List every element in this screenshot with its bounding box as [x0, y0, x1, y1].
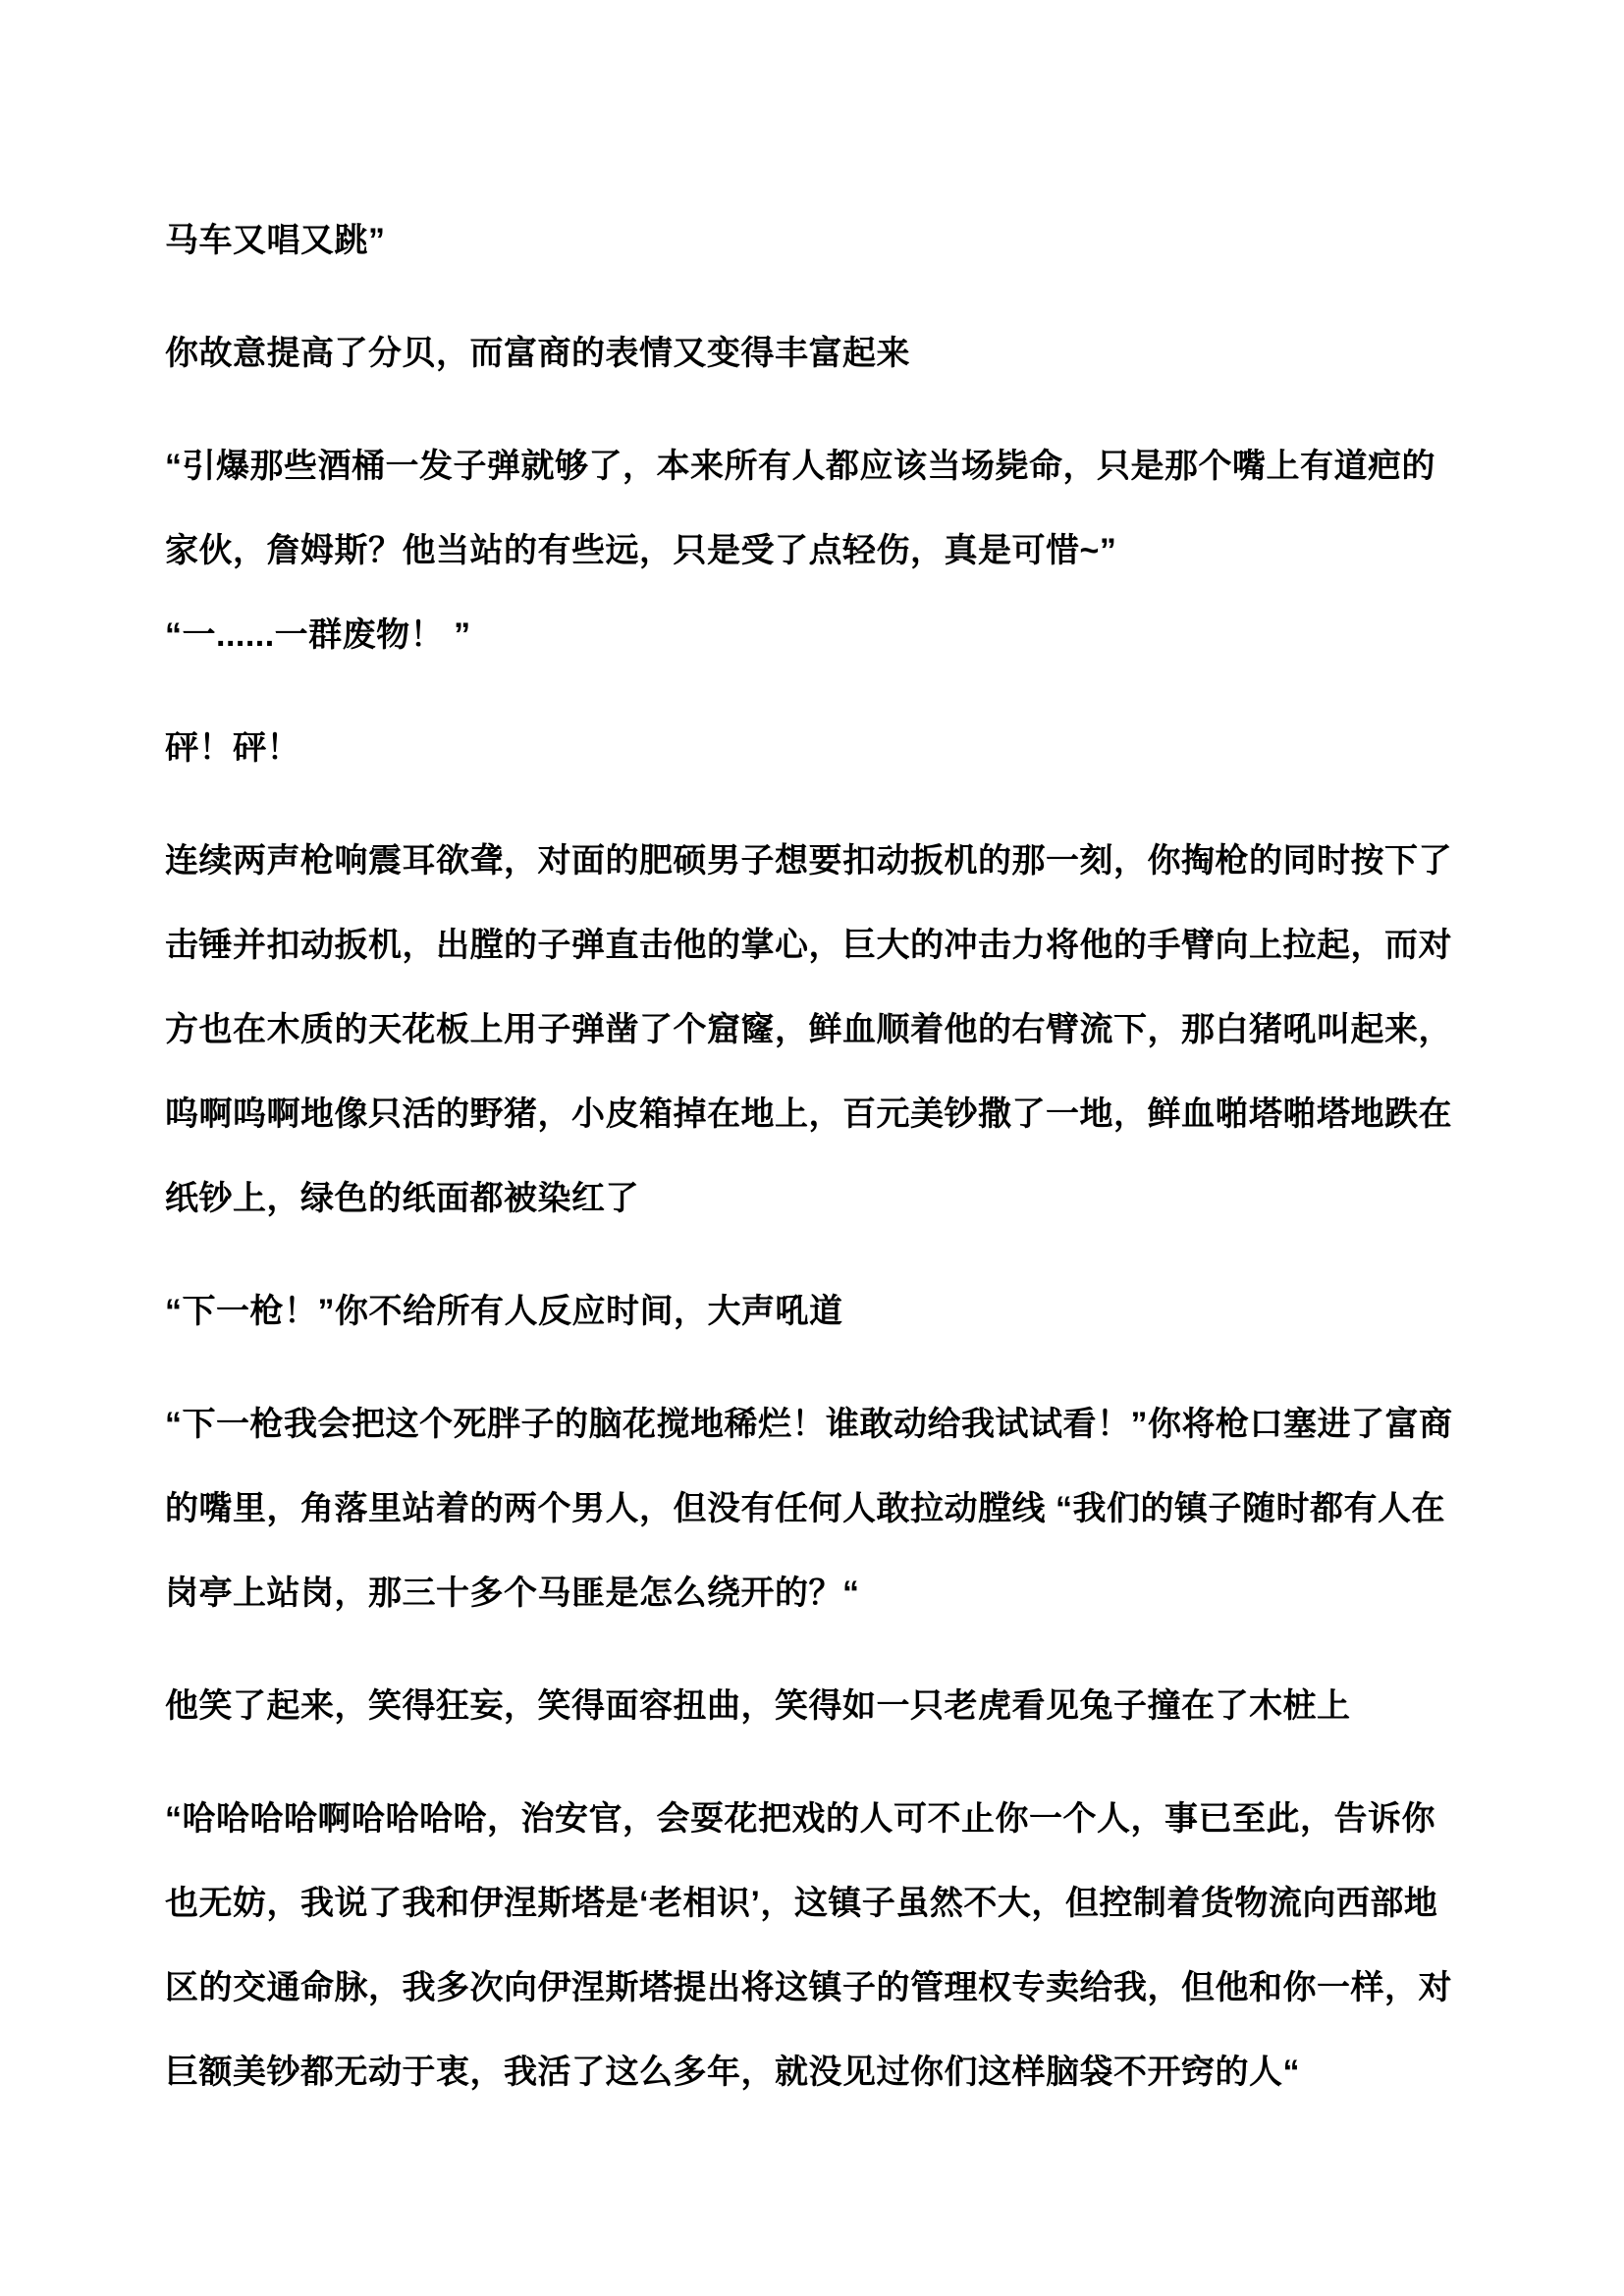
text-line: “下一枪我会把这个死胖子的脑花搅地稀烂！谁敢动给我试试看！”你将枪口塞进了富商 — [165, 1382, 1477, 1467]
text-line: 家伙，詹姆斯？他当站的有些远，只是受了点轻伤，真是可惜~” — [165, 508, 1477, 593]
text-line: 砰！砰！ — [165, 706, 1477, 790]
text-line: 你故意提高了分贝，而富商的表情又变得丰富起来 — [165, 311, 1477, 396]
text-line: 方也在木质的天花板上用子弹凿了个窟窿，鲜血顺着他的右臂流下，那白猪吼叫起来， — [165, 988, 1477, 1072]
text-line: 他笑了起来，笑得狂妄，笑得面容扭曲，笑得如一只老虎看见兔子撞在了木桩上 — [165, 1664, 1477, 1748]
text-line: 马车又唱又跳” — [165, 198, 1477, 283]
text-line: 区的交通命脉，我多次向伊涅斯塔提出将这镇子的管理权专卖给我，但他和你一样，对 — [165, 1946, 1477, 2030]
text-line: 也无妨，我说了我和伊涅斯塔是‘老相识’，这镇子虽然不大，但控制着货物流向西部地 — [165, 1861, 1477, 1946]
text-line: “引爆那些酒桶一发子弹就够了，本来所有人都应该当场毙命，只是那个嘴上有道疤的 — [165, 424, 1477, 508]
text-line: “一......一群废物！ ” — [165, 593, 1477, 677]
document-page: 马车又唱又跳” 你故意提高了分贝，而富商的表情又变得丰富起来 “引爆那些酒桶一发… — [0, 0, 1624, 2296]
text-line: “哈哈哈哈啊哈哈哈哈，治安官，会耍花把戏的人可不止你一个人，事已至此，告诉你 — [165, 1777, 1477, 1861]
text-line: 连续两声枪响震耳欲聋，对面的肥硕男子想要扣动扳机的那一刻，你掏枪的同时按下了 — [165, 819, 1477, 903]
text-line: 巨额美钞都无动于衷，我活了这么多年，就没见过你们这样脑袋不开窍的人“ — [165, 2030, 1477, 2114]
text-line: 纸钞上，绿色的纸面都被染红了 — [165, 1156, 1477, 1241]
text-line: 的嘴里，角落里站着的两个男人，但没有任何人敢拉动膛线 “我们的镇子随时都有人在 — [165, 1467, 1477, 1551]
text-line: 击锤并扣动扳机，出膛的子弹直击他的掌心，巨大的冲击力将他的手臂向上拉起，而对 — [165, 903, 1477, 988]
text-line: 呜啊呜啊地像只活的野猪，小皮箱掉在地上，百元美钞撒了一地，鲜血啪塔啪塔地跌在 — [165, 1072, 1477, 1156]
text-line: “下一枪！”你不给所有人反应时间，大声吼道 — [165, 1269, 1477, 1354]
text-line: 岗亭上站岗，那三十多个马匪是怎么绕开的？“ — [165, 1551, 1477, 1635]
